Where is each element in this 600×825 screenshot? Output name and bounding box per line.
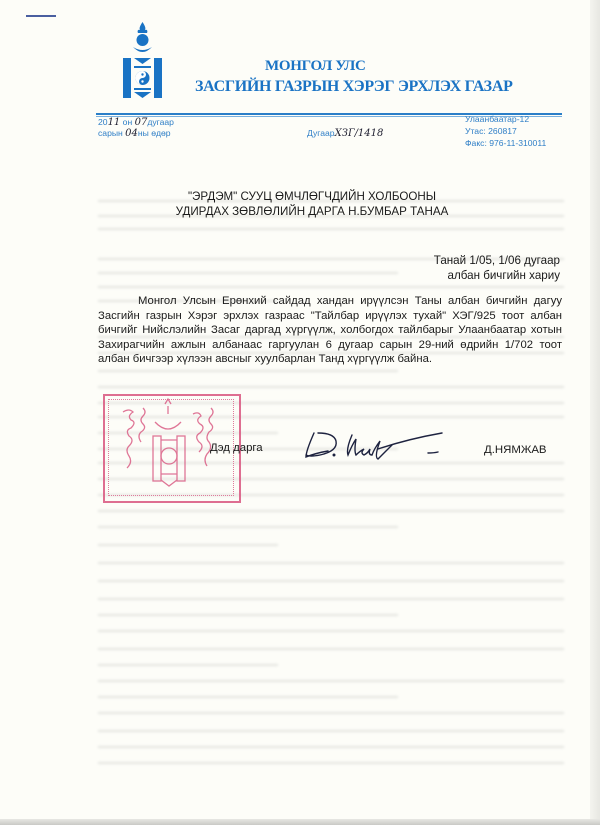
show-through-line xyxy=(98,286,564,288)
contact-fax: Факс: 976-11-310011 xyxy=(465,137,546,149)
show-through-line xyxy=(98,272,398,274)
contact-block: Улаанбаатар-12 Утас: 260817 Факс: 976-11… xyxy=(465,113,546,149)
show-through-line xyxy=(98,386,564,388)
letter-body: Монгол Улсын Ерөнхий сайдад хандан ирүүл… xyxy=(98,294,562,367)
handwritten-month: 07 xyxy=(135,117,148,128)
corner-mark xyxy=(26,15,56,17)
letter-date: 2011 он 07дугаар сарын 04ны өдөр xyxy=(98,117,174,139)
handwritten-number: ХЗГ/1418 xyxy=(335,128,384,139)
show-through-line xyxy=(98,526,398,528)
title-agency: ЗАСГИЙН ГАЗРЫН ХЭРЭГ ЭРХЛЭХ ГАЗАР xyxy=(195,78,513,96)
show-through-line xyxy=(98,510,564,512)
show-through-line xyxy=(98,562,564,564)
show-through-line xyxy=(98,370,398,372)
handwritten-day: 04 xyxy=(125,128,138,139)
letter-page: МОНГОЛ УЛС ЗАСГИЙН ГАЗРЫН ХЭРЭГ ЭРХЛЭХ Г… xyxy=(0,0,600,825)
show-through-line xyxy=(98,614,398,616)
handwritten-year: 11 xyxy=(108,117,121,128)
show-through-line xyxy=(98,630,564,632)
show-through-line xyxy=(98,228,564,230)
letter-number: ДугаарХЗГ/1418 xyxy=(307,128,383,139)
contact-phone: Утас: 260817 xyxy=(465,125,546,137)
title-country: МОНГОЛ УЛС xyxy=(265,58,366,75)
show-through-line xyxy=(98,730,564,732)
show-through-line xyxy=(98,696,398,698)
show-through-line xyxy=(98,680,564,682)
show-through-line xyxy=(98,712,564,714)
show-through-line xyxy=(98,598,564,600)
show-through-line xyxy=(98,664,278,666)
signoff-role: Дэд дарга xyxy=(210,442,263,454)
show-through-line xyxy=(98,762,564,764)
show-through-line xyxy=(98,580,564,582)
show-through-line xyxy=(98,648,564,650)
reply-reference: Танай 1/05, 1/06 дугаар албан бичгийн ха… xyxy=(434,253,560,283)
page-edge-bottom xyxy=(0,819,600,825)
addressee: "ЭРДЭМ" СУУЦ ӨМЧЛӨГЧДИЙН ХОЛБООНЫ УДИРДА… xyxy=(0,189,600,219)
soyombo-emblem-icon xyxy=(120,20,165,100)
body-paragraph: Монгол Улсын Ерөнхий сайдад хандан ирүүл… xyxy=(98,295,562,365)
page-edge xyxy=(590,0,600,825)
signatory-name: Д.НЯМЖАВ xyxy=(484,444,547,456)
show-through-line xyxy=(98,746,564,748)
show-through-line xyxy=(98,544,278,546)
contact-address: Улаанбаатар-12 xyxy=(465,113,546,125)
handwritten-signature xyxy=(300,425,475,470)
